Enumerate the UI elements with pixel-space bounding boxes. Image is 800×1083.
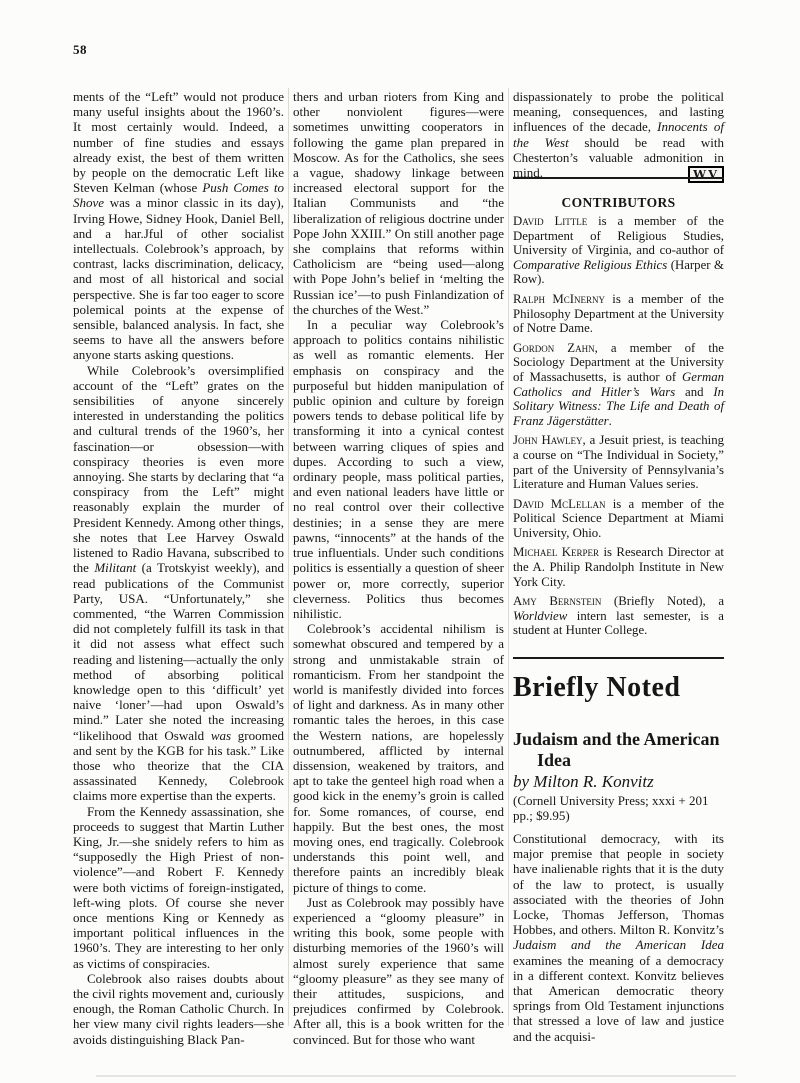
text-run: Constitutional democracy, with its major… [513, 831, 724, 937]
briefly-noted-heading: Briefly Noted [513, 672, 753, 704]
text-run: Amy Bernstein [513, 594, 601, 608]
book-publisher-info: (Cornell University Press; xxxi + 201 pp… [513, 793, 724, 823]
contributors-heading: CONTRIBUTORS [513, 195, 724, 211]
page: 58 ments of the “Left” would not produce… [0, 0, 800, 1083]
paragraph: David McLellan is a member of the Politi… [513, 497, 724, 541]
column-divider-right [508, 88, 509, 1026]
article-column-1: ments of the “Left” would not produce ma… [73, 89, 284, 1047]
paragraph: From the Kennedy assassination, she proc… [73, 804, 284, 971]
text-run: John Hawley [513, 433, 582, 447]
paragraph: Constitutional democracy, with its major… [513, 831, 724, 1044]
page-number: 58 [73, 42, 87, 58]
text-run: Gordon Zahn [513, 341, 595, 355]
text-run: was [211, 728, 231, 743]
briefly-noted-divider [513, 657, 724, 659]
paragraph: thers and urban rioters from King and ot… [293, 89, 504, 317]
text-run: and [675, 385, 713, 399]
paragraph: Gordon Zahn, a member of the Sociology D… [513, 341, 724, 429]
review-body: Constitutional democracy, with its major… [513, 831, 724, 1044]
article-end-paragraph: dispassionately to probe the political m… [513, 89, 724, 180]
text-run: (a Trotskyist weekly), and read publicat… [73, 560, 284, 742]
paragraph: In a peculiar way Colebrook’s approach t… [293, 317, 504, 621]
text-run: Worldview [513, 609, 567, 623]
text-run: David Little [513, 214, 587, 228]
paragraph: Just as Colebrook may possibly have expe… [293, 895, 504, 1047]
text-run: Colebrook also raises doubts about the c… [73, 971, 284, 1047]
book-header: Judaism and the American Idea by Milton … [513, 729, 724, 823]
book-title-line2: Idea [513, 750, 724, 771]
text-run: . [609, 414, 612, 428]
text-run: Judaism and the American Idea [513, 937, 724, 952]
paragraph: Colebrook also raises doubts about the c… [73, 971, 284, 1047]
contributors-list: David Little is a member of the Departme… [513, 214, 724, 643]
paragraph: Michael Kerper is Research Director at t… [513, 545, 724, 589]
text-run: From the Kennedy assassination, she proc… [73, 804, 284, 971]
text-run: (Briefly Noted), a [601, 594, 724, 608]
column-divider-left [288, 88, 289, 1026]
paragraph: John Hawley, a Jesuit priest, is teachin… [513, 433, 724, 491]
text-run: thers and urban rioters from King and ot… [293, 89, 504, 317]
paragraph: ments of the “Left” would not produce ma… [73, 89, 284, 363]
text-run: In a peculiar way Colebrook’s approach t… [293, 317, 504, 621]
book-byline: by Milton R. Konvitz [513, 772, 724, 792]
article-column-3-end: dispassionately to probe the political m… [513, 89, 724, 183]
article-column-2: thers and urban rioters from King and ot… [293, 89, 504, 1047]
text-run: David McLellan [513, 497, 605, 511]
contributors-top-divider [513, 177, 724, 179]
paragraph: Amy Bernstein (Briefly Noted), a Worldvi… [513, 594, 724, 638]
text-run: Militant [94, 560, 136, 575]
text-run: Just as Colebrook may possibly have expe… [293, 895, 504, 1047]
paragraph: While Colebrook’s oversimplified account… [73, 363, 284, 804]
text-run: examines the meaning of a democracy in a… [513, 953, 724, 1044]
text-run: Colebrook’s accidental nihilism is somew… [293, 621, 504, 894]
text-run: While Colebrook’s oversimplified account… [73, 363, 284, 576]
text-run: Michael Kerper [513, 545, 599, 559]
paragraph: Colebrook’s accidental nihilism is somew… [293, 621, 504, 895]
worldview-logo-icon: WV [688, 166, 724, 183]
book-title-line1: Judaism and the American [513, 729, 724, 750]
text-run: Comparative Religious Ethics [513, 258, 667, 272]
text-run: Ralph McInerny [513, 292, 605, 306]
paragraph: Ralph McInerny is a member of the Philos… [513, 292, 724, 336]
scan-artifact [96, 1075, 736, 1077]
text-run: was a minor classic in its day), Irving … [73, 195, 284, 362]
paragraph: David Little is a member of the Departme… [513, 214, 724, 287]
